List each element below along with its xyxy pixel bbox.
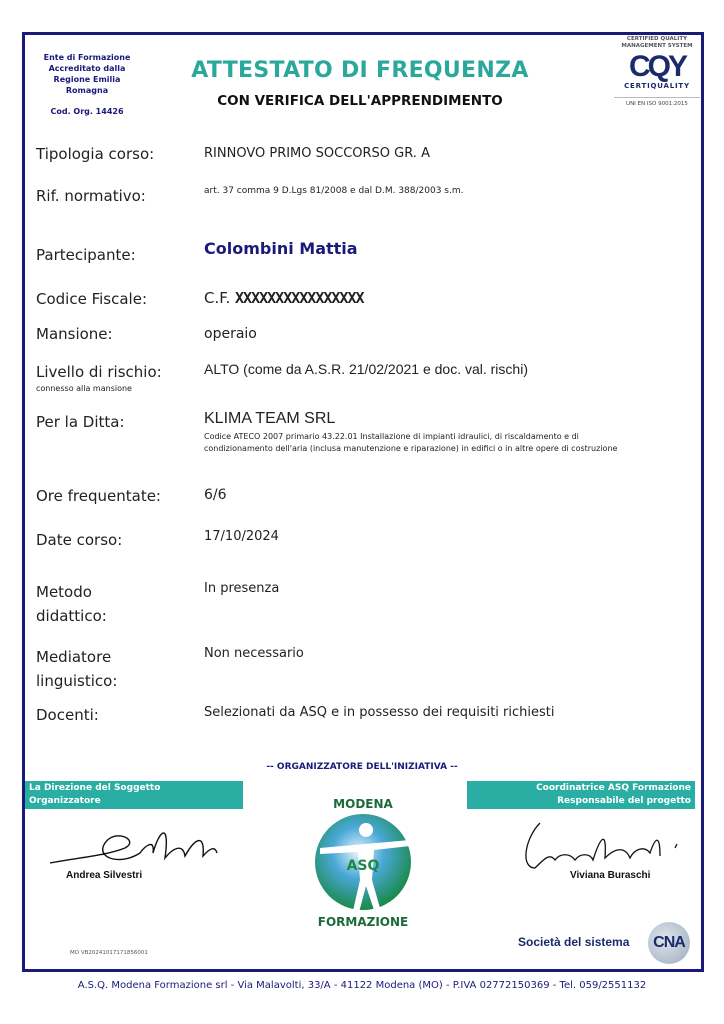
document-code: MO VB20241017171856001 bbox=[70, 950, 148, 956]
ente-line: Accreditato dalla bbox=[28, 63, 146, 74]
field-label: Partecipante: bbox=[36, 243, 136, 267]
metodo-label-1: Metodo bbox=[36, 583, 92, 601]
ente-line: Ente di Formazione bbox=[28, 52, 146, 63]
cert-iso: UNI EN ISO 9001:2015 bbox=[614, 97, 700, 107]
field-label: Mediatore linguistico: bbox=[36, 645, 117, 693]
left-band-line-2: Organizzatore bbox=[29, 795, 239, 808]
right-band-line-1: Coordinatrice ASQ Formazione bbox=[471, 782, 691, 795]
footer-address: A.S.Q. Modena Formazione srl - Via Malav… bbox=[0, 980, 724, 991]
cert-top-1: CERTIFIED QUALITY bbox=[614, 36, 700, 43]
field-label: Date corso: bbox=[36, 528, 122, 552]
right-band-line-2: Responsabile del progetto bbox=[471, 795, 691, 808]
field-value: art. 37 comma 9 D.Lgs 81/2008 e dal D.M.… bbox=[204, 182, 463, 200]
field-label: Tipologia corso: bbox=[36, 142, 154, 166]
rischio-sublabel: connesso alla mansione bbox=[36, 384, 162, 394]
field-label: Per la Ditta: bbox=[36, 410, 125, 434]
metodo-label-2: didattico: bbox=[36, 607, 107, 625]
ente-line: Romagna bbox=[28, 85, 146, 96]
cert-top-2: MANAGEMENT SYSTEM bbox=[614, 43, 700, 50]
field-label: Livello di rischio: connesso alla mansio… bbox=[36, 360, 162, 394]
left-signature-band: La Direzione del Soggetto Organizzatore bbox=[25, 781, 243, 809]
societa-sistema-text: Società del sistema bbox=[518, 935, 629, 949]
left-signer-name: Andrea Silvestri bbox=[66, 870, 142, 881]
cf-prefix: C.F. bbox=[204, 289, 230, 307]
ateco-description: Codice ATECO 2007 primario 43.22.01 Inst… bbox=[204, 431, 624, 455]
left-band-line-1: La Direzione del Soggetto bbox=[29, 782, 239, 795]
right-signature-band: Coordinatrice ASQ Formazione Responsabil… bbox=[467, 781, 695, 809]
field-value: In presenza bbox=[204, 580, 279, 598]
rischio-label: Livello di rischio: bbox=[36, 363, 162, 381]
logo-asq-text: ASQ bbox=[347, 858, 380, 874]
mediatore-label-2: linguistico: bbox=[36, 672, 117, 690]
field-value: 17/10/2024 bbox=[204, 528, 279, 546]
field-label: Mansione: bbox=[36, 322, 113, 346]
field-value: RINNOVO PRIMO SOCCORSO GR. A bbox=[204, 145, 430, 163]
field-value: operaio bbox=[204, 325, 257, 343]
vitruvian-globe-icon: ASQ MODENA FORMAZIONE bbox=[300, 790, 430, 930]
cqy-logo-icon: CQY bbox=[614, 52, 700, 82]
cf-redacted-value: XXXXXXXXXXXXXXXX bbox=[235, 289, 364, 307]
field-label: Docenti: bbox=[36, 703, 99, 727]
page-subtitle: CON VERIFICA DELL'APPRENDIMENTO bbox=[160, 93, 560, 109]
page-title: ATTESTATO DI FREQUENZA bbox=[160, 58, 560, 83]
cod-org: Cod. Org. 14426 bbox=[28, 106, 146, 117]
company-name: KLIMA TEAM SRL bbox=[204, 410, 335, 427]
field-value: 6/6 bbox=[204, 486, 227, 504]
signature-buraschi-icon bbox=[515, 818, 695, 878]
field-label: Codice Fiscale: bbox=[36, 287, 147, 311]
logo-formazione-text: FORMAZIONE bbox=[318, 915, 408, 929]
field-value: Selezionati da ASQ e in possesso dei req… bbox=[204, 704, 554, 722]
asq-modena-formazione-logo: ASQ MODENA FORMAZIONE bbox=[300, 790, 430, 930]
right-signer-name: Viviana Buraschi bbox=[570, 870, 650, 881]
field-label: Rif. normativo: bbox=[36, 184, 146, 208]
ente-line: Regione Emilia bbox=[28, 74, 146, 85]
field-label: Ore frequentate: bbox=[36, 484, 161, 508]
certiquality-badge: CERTIFIED QUALITY MANAGEMENT SYSTEM CQY … bbox=[614, 36, 700, 107]
field-value: ALTO (come da A.S.R. 21/02/2021 e doc. v… bbox=[204, 360, 528, 378]
accreditation-block: Ente di Formazione Accreditato dalla Reg… bbox=[28, 52, 146, 117]
mediatore-label-1: Mediatore bbox=[36, 648, 111, 666]
field-value: Non necessario bbox=[204, 645, 304, 663]
logo-modena-text: MODENA bbox=[333, 797, 393, 811]
cert-name: CERTIQUALITY bbox=[614, 82, 700, 90]
participant-name: Colombini Mattia bbox=[204, 240, 358, 258]
organizer-heading: -- ORGANIZZATORE DELL'INIZIATIVA -- bbox=[0, 762, 724, 772]
cna-logo-icon: CNA bbox=[648, 922, 690, 964]
signature-silvestri-icon bbox=[45, 818, 235, 878]
field-label: Metodo didattico: bbox=[36, 580, 107, 628]
